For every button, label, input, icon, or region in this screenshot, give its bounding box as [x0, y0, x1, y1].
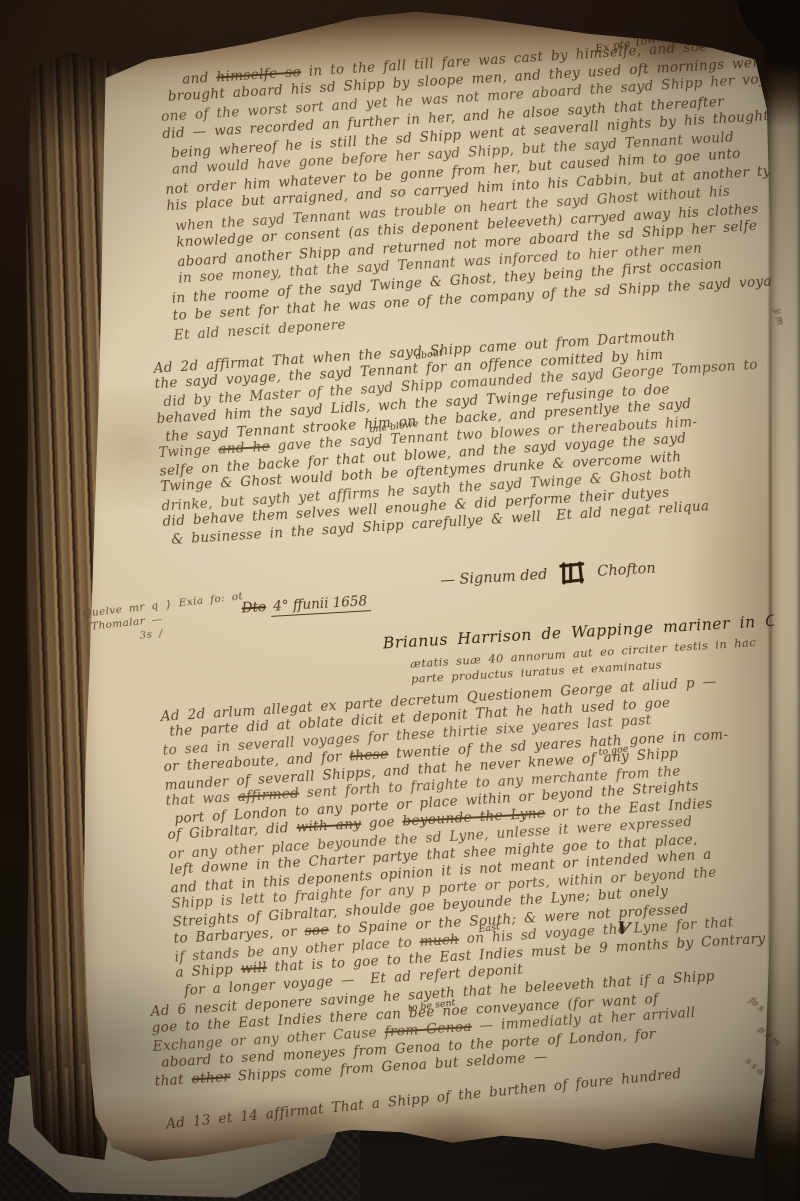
deposition-paragraph-3: Ad 2d arlum allegat ex parte decretum Qu…: [160, 673, 767, 999]
deposition-paragraph-1: and himselfe so in to the fall till fare…: [159, 32, 800, 343]
interlinear-insertion: V: [616, 918, 631, 939]
date-row: Dto 4° ffunii 1658: [241, 593, 370, 616]
interlinear-insertions: aboutone bloweto goeEastVto be sent: [95, 0, 794, 10]
manuscript-page: Ex pte Townes and himselfe so in to the …: [55, 5, 777, 1167]
date-prefix: Dto: [241, 599, 266, 616]
deposition-date: 4° ffunii 1658: [270, 593, 371, 617]
signature-mark-icon: [557, 560, 588, 588]
signature-name: Chofton: [597, 561, 656, 580]
signum-label: — Signum ded: [440, 567, 548, 589]
manuscript-photo: Ex pte Townes and himselfe so in to the …: [0, 0, 800, 1201]
deposition-paragraph-2: Ad 2d affirmat That when the sayd Shipp …: [153, 324, 766, 548]
signature-row: — Signum ded Chofton: [440, 556, 657, 594]
handwriting-layer: Ex pte Townes and himselfe so in to the …: [95, 0, 800, 1158]
